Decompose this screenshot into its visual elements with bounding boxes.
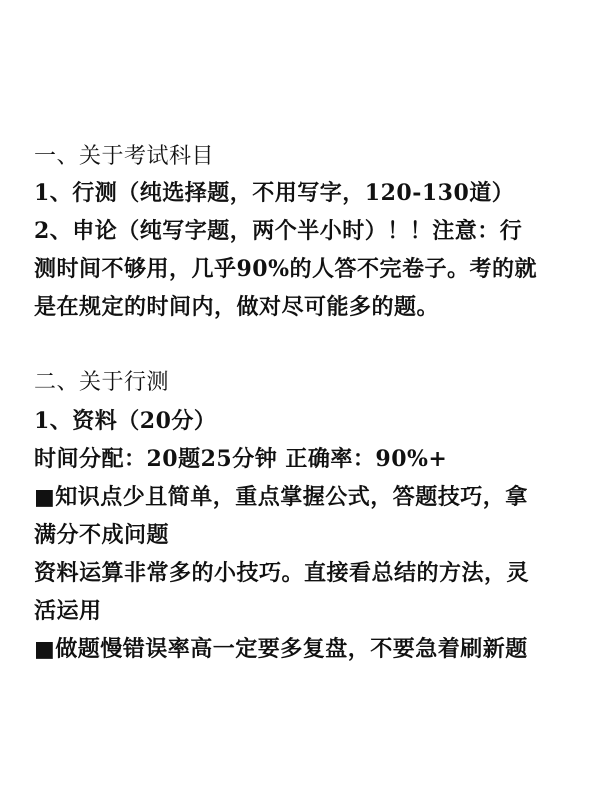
section2-line-5: 资料运算非常多的小技巧。直接看总结的方法，灵: [34, 558, 529, 588]
section1-line-1: 1、行测（纯选择题，不用写字，120-130道）: [34, 178, 514, 208]
section1-line-2: 2、申论（纯写字题，两个半小时）！！注意：行: [34, 216, 522, 246]
section2-line-2: 时间分配：20题25分钟 正确率：90%+: [34, 444, 447, 474]
section1-line-3: 测时间不够用，几乎90%的人答不完卷子。考的就: [34, 254, 537, 284]
section1-title: 一、关于考试科目: [34, 142, 214, 172]
section1-line-4: 是在规定的时间内，做对尽可能多的题。: [34, 292, 439, 322]
section2-bullet-1: ■知识点少且简单，重点掌握公式，答题技巧，拿: [34, 482, 528, 512]
section2-line-1: 1、资料（20分）: [34, 406, 216, 436]
section2-title: 二、关于行测: [34, 368, 169, 398]
section2-line-4: 满分不成问题: [34, 520, 169, 550]
section2-bullet-2: ■做题慢错误率高一定要多复盘，不要急着刷新题: [34, 634, 528, 664]
section2-line-6: 活运用: [34, 596, 102, 626]
